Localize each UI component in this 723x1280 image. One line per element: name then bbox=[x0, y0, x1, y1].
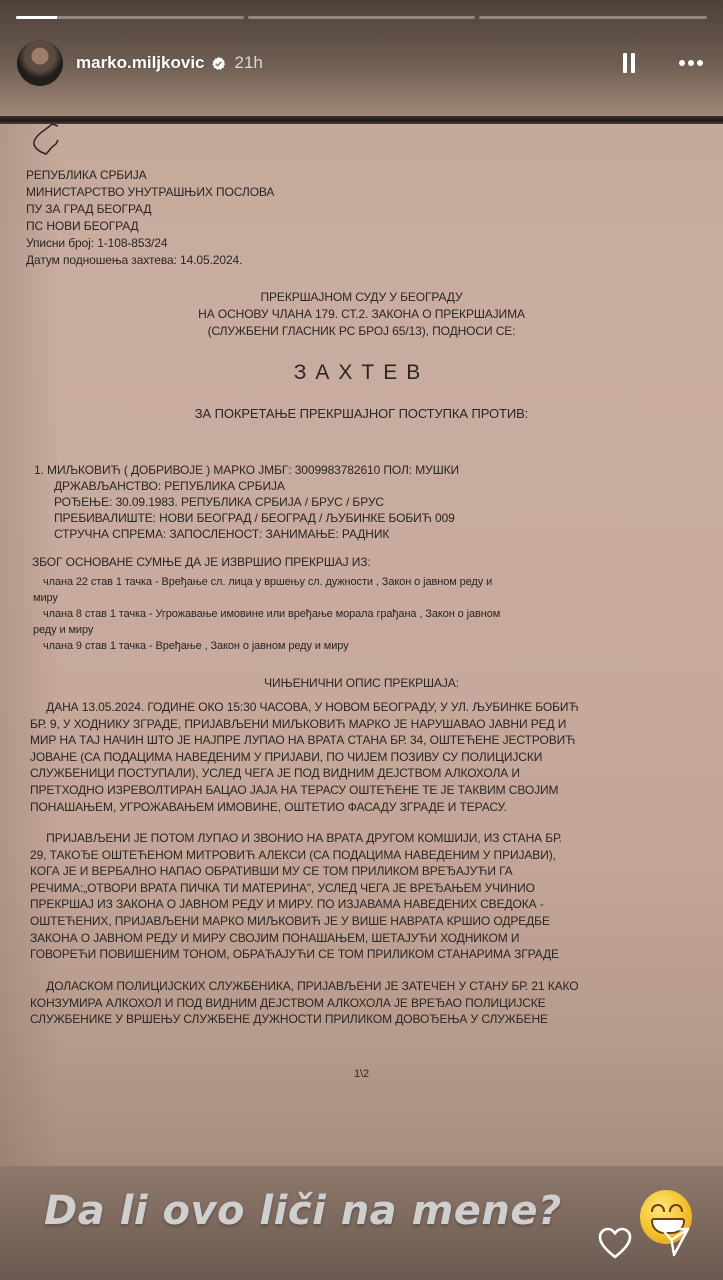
document-header: РЕПУБЛИКА СРБИЈА МИНИСТАРСТВО УНУТРАШЊИХ… bbox=[26, 167, 274, 269]
paragraph-line: ПРЕКРШАЈ ИЗ ЗАКОНА О ЈАВНОМ РЕДУ И МИРУ.… bbox=[30, 896, 696, 913]
pause-button[interactable] bbox=[617, 51, 641, 75]
send-share-icon[interactable] bbox=[660, 1226, 690, 1258]
charge-text: реду и миру bbox=[33, 622, 698, 638]
pause-icon-bar bbox=[631, 53, 635, 73]
accused-birth: РОЂЕЊЕ: 30.09.1983. РЕПУБЛИКА СРБИЈА / Б… bbox=[34, 494, 459, 510]
header-line: РЕПУБЛИКА СРБИЈА bbox=[26, 167, 274, 184]
more-dot-icon bbox=[688, 60, 694, 66]
paragraph-line: 29, ТАКОЂЕ ОШТЕЋЕНОМ МИТРОВИЋ АЛЕКСИ (СА… bbox=[30, 847, 696, 864]
paragraph-line: КОНЗУМИРА АЛКОХОЛ И ПОД ВИДНИМ ДЕЈСТВОМ … bbox=[30, 995, 696, 1012]
charge-item: члана 22 став 1 тачка - Вређање сл. лица… bbox=[33, 574, 698, 606]
like-heart-icon[interactable] bbox=[597, 1226, 633, 1260]
progress-segment bbox=[248, 16, 476, 19]
court-line: ПРЕКРШАЈНОМ СУДУ У БЕОГРАДУ bbox=[0, 289, 723, 306]
charge-text: члана 9 став 1 тачка - Вређање , Закон о… bbox=[33, 638, 698, 654]
facts-title: ЧИЊЕНИЧНИ ОПИС ПРЕКРШАЈА: bbox=[0, 675, 723, 691]
story-progress-bar bbox=[16, 16, 707, 20]
verified-badge-icon bbox=[211, 56, 226, 71]
accused-citizenship: ДРЖАВЉАНСТВО: РЕПУБЛИКА СРБИЈА bbox=[34, 478, 459, 494]
paragraph-line: РЕЧИМА:„ОТВОРИ ВРАТА ПИЧКА ТИ МАТЕРИНА",… bbox=[30, 880, 696, 897]
accused-residence: ПРЕБИВАЛИШТЕ: НОВИ БЕОГРАД / БЕОГРАД / Љ… bbox=[34, 510, 459, 526]
progress-segment bbox=[479, 16, 707, 19]
username[interactable]: marko.miljkovic bbox=[76, 53, 205, 73]
more-dot-icon bbox=[679, 60, 685, 66]
page-number: 1\2 bbox=[0, 1066, 723, 1082]
charge-item: члана 9 став 1 тачка - Вређање , Закон о… bbox=[33, 638, 698, 654]
paragraph-line: ЗАКОНА О ЈАВНОМ РЕДУ И МИРУ СВОЈИМ ПОНАШ… bbox=[30, 930, 696, 947]
submission-date: Датум подношења захтева: 14.05.2024. bbox=[26, 252, 274, 269]
header-line: МИНИСТАРСТВО УНУТРАШЊИХ ПОСЛОВА bbox=[26, 184, 274, 201]
court-address: ПРЕКРШАЈНОМ СУДУ У БЕОГРАДУ НА ОСНОВУ ЧЛ… bbox=[0, 289, 723, 340]
facts-paragraph-3: ДОЛАСКОМ ПОЛИЦИЈСКИХ СЛУЖБЕНИКА, ПРИЈАВЉ… bbox=[30, 978, 696, 1028]
paragraph-line: ПРЕТХОДНО ИЗРЕВОЛТИРАН БАЦАО ЈАЈА НА ТЕР… bbox=[30, 782, 696, 799]
charge-item: члана 8 став 1 тачка - Угрожавање имовин… bbox=[33, 606, 698, 638]
registry-number: Уписни број: 1-108-853/24 bbox=[26, 235, 274, 252]
paragraph-line: СЛУЖБЕНИЦИ ПОСТУПАЛИ), УСЛЕД ЧЕГА ЈЕ ПОД… bbox=[30, 765, 696, 782]
suspicion-line: ЗБОГ ОСНОВАНЕ СУМЊЕ ДА ЈЕ ИЗВРШИО ПРЕКРШ… bbox=[32, 554, 371, 570]
handwritten-mark-icon bbox=[28, 120, 80, 162]
more-dot-icon bbox=[697, 60, 703, 66]
accused-name: 1. МИЉКОВИЋ ( ДОБРИВОЈЕ ) МАРКО ЈМБГ: 30… bbox=[34, 462, 459, 478]
paragraph-line: ПОНАШАЊЕМ, УГРОЖАВАЊЕМ ИМОВИНЕ, ОШТЕТИО … bbox=[30, 799, 696, 816]
story-header: marko.miljkovic 21h bbox=[17, 40, 707, 86]
paragraph-line: ЈОВАНЕ (СА ПОДАЦИМА НАВЕДЕНИМ У ПРИЈАВИ,… bbox=[30, 749, 696, 766]
paragraph-line: ОШТЕЋЕНИХ, ПРИЈАВЉЕНИ МАРКО МИЉКОВИЋ ЈЕ … bbox=[30, 913, 696, 930]
facts-paragraph-1: ДАНА 13.05.2024. ГОДИНЕ ОКО 15:30 ЧАСОВА… bbox=[30, 699, 696, 815]
emoji-eye bbox=[669, 1204, 683, 1212]
document-title: ЗАХТЕВ bbox=[0, 365, 723, 381]
paragraph-line: ДАНА 13.05.2024. ГОДИНЕ ОКО 15:30 ЧАСОВА… bbox=[30, 699, 696, 716]
story-caption: Da li ovo liči na mene? bbox=[44, 1188, 562, 1234]
avatar[interactable] bbox=[17, 40, 63, 86]
post-time: 21h bbox=[235, 53, 263, 73]
charge-text: члана 8 став 1 тачка - Угрожавање имовин… bbox=[33, 606, 698, 622]
charge-text: члана 22 став 1 тачка - Вређање сл. лица… bbox=[33, 574, 698, 590]
court-line: (СЛУЖБЕНИ ГЛАСНИК РС БРОЈ 65/13), ПОДНОС… bbox=[0, 323, 723, 340]
paragraph-line: ГОВОРЕЋИ ПОВИШЕНИМ ТОНОМ, ОБРАЋАЈУЋИ СЕ … bbox=[30, 946, 696, 963]
paragraph-line: ПРИЈАВЉЕНИ ЈЕ ПОТОМ ЛУПАО И ЗВОНИО НА ВР… bbox=[30, 830, 696, 847]
pause-icon bbox=[623, 53, 627, 73]
header-line: ПУ ЗА ГРАД БЕОГРАД bbox=[26, 201, 274, 218]
accused-details: 1. МИЉКОВИЋ ( ДОБРИВОЈЕ ) МАРКО ЈМБГ: 30… bbox=[34, 462, 459, 542]
header-line: ПС НОВИ БЕОГРАД bbox=[26, 218, 274, 235]
charges-list: члана 22 став 1 тачка - Вређање сл. лица… bbox=[33, 574, 698, 654]
paragraph-line: МИР НА ТАЈ НАЧИН ШТО ЈЕ НАЈПРЕ ЛУПАО НА … bbox=[30, 732, 696, 749]
accused-occupation: СТРУЧНА СПРЕМА: ЗАПОСЛЕНОСТ: ЗАНИМАЊЕ: Р… bbox=[34, 526, 459, 542]
court-line: НА ОСНОВУ ЧЛАНА 179. СТ.2. ЗАКОНА О ПРЕК… bbox=[0, 306, 723, 323]
document-subtitle: ЗА ПОКРЕТАЊЕ ПРЕКРШАЈНОГ ПОСТУПКА ПРОТИВ… bbox=[0, 406, 723, 422]
progress-fill bbox=[16, 16, 57, 19]
paragraph-line: БР. 9, У ХОДНИКУ ЗГРАДЕ, ПРИЈАВЉЕНИ МИЉК… bbox=[30, 716, 696, 733]
paper-top-edge bbox=[0, 116, 723, 124]
paragraph-line: ДОЛАСКОМ ПОЛИЦИЈСКИХ СЛУЖБЕНИКА, ПРИЈАВЉ… bbox=[30, 978, 696, 995]
facts-paragraph-2: ПРИЈАВЉЕНИ ЈЕ ПОТОМ ЛУПАО И ЗВОНИО НА ВР… bbox=[30, 830, 696, 963]
emoji-eye bbox=[651, 1204, 665, 1212]
more-options-button[interactable] bbox=[675, 51, 707, 75]
paragraph-line: СЛУЖБЕНИКЕ У ВРШЕЊУ СЛУЖБЕНЕ ДУЖНОСТИ ПР… bbox=[30, 1011, 696, 1028]
charge-text: миру bbox=[33, 590, 698, 606]
progress-segment bbox=[16, 16, 244, 19]
paragraph-line: КОГА ЈЕ И ВЕРБАЛНО НАПАО ОБРАТИВШИ МУ СЕ… bbox=[30, 863, 696, 880]
